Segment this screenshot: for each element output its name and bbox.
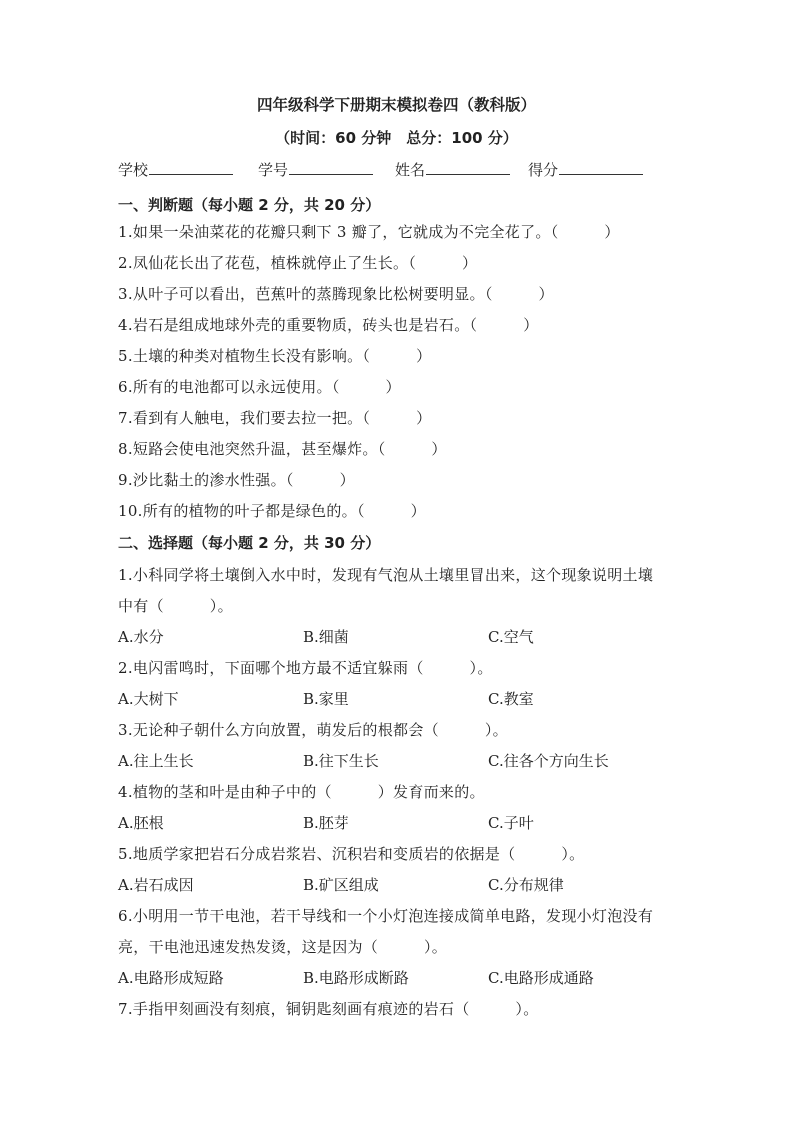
field-label: 学号 xyxy=(258,161,288,179)
tf-question-9: 9.沙比黏土的渗水性强。（ ） xyxy=(118,470,355,490)
tf-question-6: 6.所有的电池都可以永远使用。（ ） xyxy=(118,377,401,397)
mc-question-2-stem: 2.电闪雷鸣时，下面哪个地方最不适宜躲雨（ ）。 xyxy=(118,658,493,678)
field-label: 得分 xyxy=(528,161,558,179)
field-label: 学校 xyxy=(118,161,148,179)
mc-1-option-b: B.细菌 xyxy=(303,627,349,647)
mc-question-1-stem-cont: 中有（ ）。 xyxy=(118,596,233,616)
tf-question-4: 4.岩石是组成地球外壳的重要物质，砖头也是岩石。（ ） xyxy=(118,315,539,335)
mc-5-option-a: A.岩石成因 xyxy=(118,875,194,895)
mc-4-option-b: B.胚芽 xyxy=(303,813,349,833)
section-heading-true-false: 一、判断题（每小题 2 分，共 20 分） xyxy=(118,195,380,215)
mc-5-option-c: C.分布规律 xyxy=(488,875,564,895)
mc-4-option-a: A.胚根 xyxy=(118,813,164,833)
score-blank[interactable] xyxy=(559,160,643,175)
mc-question-5-stem: 5.地质学家把岩石分成岩浆岩、沉积岩和变质岩的依据是（ ）。 xyxy=(118,844,584,864)
mc-question-6-stem-cont: 亮，干电池迅速发热发烫，这是因为（ ）。 xyxy=(118,937,447,957)
tf-question-10: 10.所有的植物的叶子都是绿色的。（ ） xyxy=(118,501,426,521)
mc-2-option-b: B.家里 xyxy=(303,689,349,709)
mc-question-7-stem: 7.手指甲刻画没有刻痕，铜钥匙刻画有痕迹的岩石（ ）。 xyxy=(118,999,539,1019)
mc-question-6-stem: 6.小明用一节干电池，若干导线和一个小灯泡连接成简单电路，发现小灯泡没有 xyxy=(118,906,653,926)
field-name: 姓名 xyxy=(395,160,510,180)
tf-question-1: 1.如果一朵油菜花的花瓣只剩下 3 瓣了，它就成为不完全花了。（ ） xyxy=(118,222,620,242)
mc-1-option-a: A.水分 xyxy=(118,627,164,647)
tf-question-2: 2.凤仙花长出了花苞，植株就停止了生长。（ ） xyxy=(118,253,477,273)
mc-3-option-a: A.往上生长 xyxy=(118,751,194,771)
mc-4-option-c: C.子叶 xyxy=(488,813,534,833)
mc-question-1-stem: 1.小科同学将土壤倒入水中时，发现有气泡从土壤里冒出来，这个现象说明土壤 xyxy=(118,565,653,585)
mc-6-option-b: B.电路形成断路 xyxy=(303,968,409,988)
mc-2-option-c: C.教室 xyxy=(488,689,534,709)
exam-page: 四年级科学下册期末模拟卷四（教科版） （时间：60 分钟 总分：100 分） 学… xyxy=(0,0,793,1122)
tf-question-5: 5.土壤的种类对植物生长没有影响。（ ） xyxy=(118,346,431,366)
exam-info: （时间：60 分钟 总分：100 分） xyxy=(0,128,793,148)
mc-6-option-a: A.电路形成短路 xyxy=(118,968,224,988)
mc-6-option-c: C.电路形成通路 xyxy=(488,968,594,988)
field-school: 学校 xyxy=(118,160,233,180)
tf-question-3: 3.从叶子可以看出，芭蕉叶的蒸腾现象比松树要明显。（ ） xyxy=(118,284,554,304)
mc-question-3-stem: 3.无论种子朝什么方向放置，萌发后的根都会（ ）。 xyxy=(118,720,508,740)
field-student-id: 学号 xyxy=(258,160,373,180)
mc-5-option-b: B.矿区组成 xyxy=(303,875,379,895)
name-blank[interactable] xyxy=(426,160,510,175)
section-heading-multiple-choice: 二、选择题（每小题 2 分，共 30 分） xyxy=(118,533,380,553)
tf-question-7: 7.看到有人触电，我们要去拉一把。（ ） xyxy=(118,408,431,428)
mc-2-option-a: A.大树下 xyxy=(118,689,179,709)
mc-3-option-c: C.往各个方向生长 xyxy=(488,751,609,771)
student-id-blank[interactable] xyxy=(289,160,373,175)
tf-question-8: 8.短路会使电池突然升温，甚至爆炸。（ ） xyxy=(118,439,447,459)
mc-3-option-b: B.往下生长 xyxy=(303,751,379,771)
school-blank[interactable] xyxy=(149,160,233,175)
mc-1-option-c: C.空气 xyxy=(488,627,534,647)
page-title: 四年级科学下册期末模拟卷四（教科版） xyxy=(0,95,793,115)
mc-question-4-stem: 4.植物的茎和叶是由种子中的（ ）发育而来的。 xyxy=(118,782,485,802)
field-score: 得分 xyxy=(528,160,643,180)
field-label: 姓名 xyxy=(395,161,425,179)
